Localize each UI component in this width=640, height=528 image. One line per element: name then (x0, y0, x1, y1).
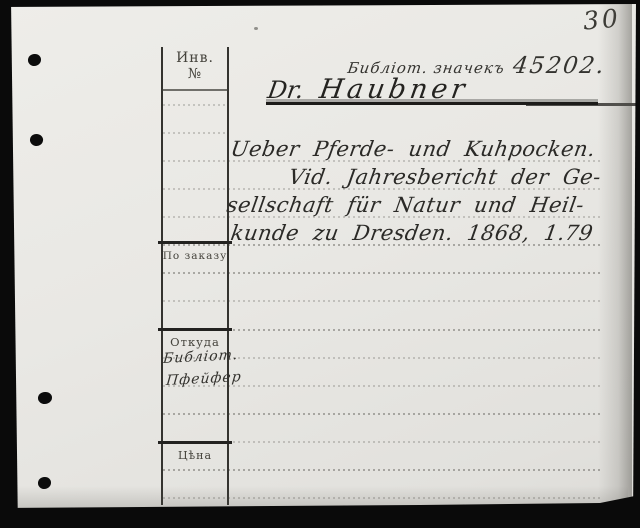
paper-speck (254, 27, 258, 30)
index-column-header-underline (162, 89, 228, 91)
section-divider (158, 441, 232, 444)
inventory-number-label-line1: Инв. (161, 50, 229, 66)
ruled-line (163, 132, 227, 134)
inventory-number-label-line2: № (161, 66, 229, 82)
entry-line: Ueber Pferde- und Kuhpocken. (229, 137, 597, 161)
author-heading: Dr.Haubner (266, 74, 471, 105)
entry-line: sellschaft für Natur und Heil- (225, 193, 586, 217)
section-divider (158, 241, 232, 244)
entry-line: Vid. Jahresbericht der Ge- (287, 165, 603, 189)
section-label-tsena: Цѣна (161, 449, 229, 462)
section-divider (158, 328, 232, 331)
author-prefix: Dr. (266, 76, 306, 104)
scanned-catalog-card: Инв. № По заказу Откуда Цѣна Библіот. Пф… (0, 0, 640, 528)
entry-line: kunde zu Dresden. 1868, 1.79 (229, 221, 595, 245)
ruled-line (163, 104, 227, 106)
index-column-right-border (227, 47, 229, 505)
scan-edge-shadow (598, 4, 632, 504)
section-label-otkuda: Откуда (161, 335, 229, 349)
scan-edge-shadow (18, 486, 628, 508)
index-column-left-border (161, 47, 163, 505)
section-label-po-zakazu: По заказу (161, 250, 229, 262)
author-underline (266, 102, 598, 105)
library-mark-number: 45202. (511, 53, 607, 79)
author-name: Haubner (317, 74, 471, 105)
